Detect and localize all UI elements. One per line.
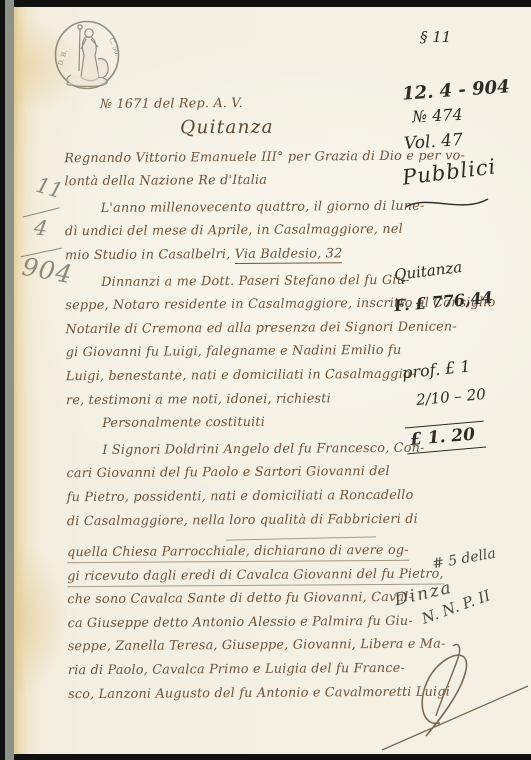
flourish-stroke-icon bbox=[404, 192, 490, 214]
manuscript-line: re, testimoni a me noti, idonei, richies… bbox=[66, 386, 408, 412]
manuscript-line: dì undici del mese di Aprile, in Casalma… bbox=[65, 218, 407, 244]
manuscript-line: I Signori Doldrini Angelo del fu Frances… bbox=[66, 437, 408, 463]
scanned-document: D. B. C. 50. 11 4 904 № 1671 del Rep. A.… bbox=[0, 0, 531, 760]
manuscript-line-segment: mio Studio in Casalbelri, bbox=[65, 247, 235, 263]
volume-number: Vol. 47 bbox=[403, 130, 463, 154]
revenue-stamp-seal: D. B. C. 50. bbox=[53, 19, 121, 91]
manuscript-line: Notarile di Cremona ed alla presenza dei… bbox=[65, 316, 407, 342]
manuscript-line: Luigi, benestante, nati e domiciliati in… bbox=[66, 363, 408, 389]
manuscript-line: Regnando Vittorio Emanuele III° per Graz… bbox=[64, 144, 406, 170]
manuscript-line: sco, Lanzoni Augusto del fu Antonio e Ca… bbox=[68, 680, 410, 706]
manuscript-line: Personalmente costituiti bbox=[66, 410, 408, 436]
deed-title: Quitanza bbox=[64, 114, 406, 143]
manuscript-line: che sono Cavalca Sante di detto fu Giova… bbox=[67, 586, 409, 612]
scan-border-strip bbox=[5, 0, 14, 760]
underlined-address: Via Baldesio, 32 bbox=[235, 246, 343, 264]
manuscript-body: № 1671 del Rep. A. V. Quitanza Regnando … bbox=[64, 91, 410, 707]
repertorio-number: № 1671 del Rep. A. V. bbox=[64, 91, 406, 117]
pencil-underlined-text: quella Chiesa Parrocchiale, dichiarano d… bbox=[67, 543, 409, 563]
stamp-left-text: D. B. bbox=[56, 49, 69, 67]
manuscript-line: seppe, Zanella Teresa, Giuseppe, Giovann… bbox=[68, 633, 410, 659]
notary-paraph-signature bbox=[378, 628, 531, 760]
folio-section-mark: § 11 bbox=[420, 28, 451, 46]
manuscript-line: di Casalmaggiore, nella loro qualità di … bbox=[67, 507, 409, 533]
manuscript-line: L'anno millenovecento quattro, il giorno… bbox=[65, 195, 407, 221]
manuscript-line: fu Pietro, possidenti, nati e domiciliat… bbox=[67, 484, 409, 510]
manuscript-line: gi Giovanni fu Luigi, falegname e Nadini… bbox=[66, 339, 408, 365]
repertory-number: № 474 bbox=[412, 105, 464, 127]
pencil-underlined-text: gi ricevuto dagli eredi di Cavalca Giova… bbox=[67, 566, 444, 587]
italia-figure-icon bbox=[67, 25, 108, 87]
manuscript-line: gi ricevuto dagli eredi di Cavalca Giova… bbox=[67, 562, 409, 588]
manuscript-line: ria di Paolo, Cavalca Primo e Luigia del… bbox=[68, 657, 410, 683]
stamp-value-text: C. 50. bbox=[107, 37, 121, 58]
manuscript-line: mio Studio in Casalbelri, Via Baldesio, … bbox=[65, 242, 407, 268]
manuscript-line: seppe, Notaro residente in Casalmaggiore… bbox=[65, 292, 407, 318]
manuscript-line: lontà della Nazione Re d'Italia bbox=[64, 168, 406, 194]
manuscript-line: ca Giuseppe detto Antonio Alessio e Palm… bbox=[67, 610, 409, 636]
manuscript-line: cari Giovanni del fu Paolo e Sartori Gio… bbox=[66, 460, 408, 486]
manuscript-line: Dinnanzi a me Dott. Paseri Stefano del f… bbox=[65, 268, 407, 294]
manuscript-line: quella Chiesa Parrocchiale, dichiarano d… bbox=[67, 539, 409, 565]
